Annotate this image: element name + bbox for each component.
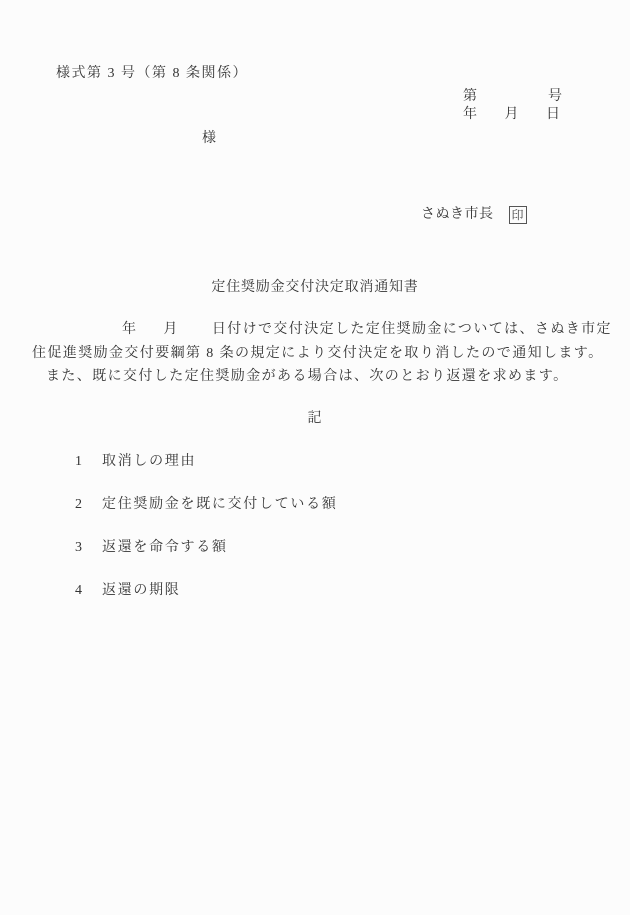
form-id: 様式第 3 号（第 8 条関係）: [56, 66, 248, 82]
list-item-number: 3: [75, 540, 102, 556]
doc-number-suffix: 号: [548, 89, 562, 105]
list-item-label: 定住奨励金を既に交付している額: [102, 497, 338, 513]
list-item: 3 返還を命令する額: [75, 540, 228, 556]
body-paragraph-line-2: 住促進奨励金交付要綱第 8 条の規定により交付決定を取り消したので通知します。: [32, 346, 603, 362]
doc-number-prefix: 第: [463, 89, 477, 105]
body-line1-text: 日付けで交付決定した定住奨励金については、さぬき市定: [212, 322, 612, 337]
section-marker: 記: [0, 411, 630, 427]
date-year-label: 年: [463, 107, 477, 123]
date-day-label: 日: [546, 107, 560, 123]
list-item: 2 定住奨励金を既に交付している額: [75, 497, 338, 513]
body-month-label: 月: [163, 322, 178, 337]
issuer-line: さぬき市長 印: [421, 206, 527, 224]
issuer-name: さぬき市長: [421, 207, 494, 223]
list-item: 1 取消しの理由: [75, 454, 196, 470]
list-item-number: 4: [75, 583, 102, 599]
list-item-number: 2: [75, 497, 102, 513]
body-paragraph-line-3: また、既に交付した定住奨励金がある場合は、次のとおり返還を求めます。: [46, 369, 568, 385]
body-year-label: 年: [122, 322, 137, 337]
date-month-label: 月: [505, 107, 519, 123]
document-page: { "page": { "background_color": "#fcfcfc…: [0, 0, 630, 915]
date-line: 年 月 日: [463, 107, 560, 123]
list-item: 4 返還の期限: [75, 583, 181, 599]
addressee-honorific: 様: [202, 131, 218, 147]
list-item-label: 取消しの理由: [102, 454, 196, 470]
doc-number-line: 第 号: [463, 89, 562, 105]
body-paragraph-line-1: 年月日付けで交付決定した定住奨励金については、さぬき市定: [122, 322, 612, 338]
list-item-number: 1: [75, 454, 102, 470]
document-title: 定住奨励金交付決定取消通知書: [0, 280, 630, 296]
list-item-label: 返還の期限: [102, 583, 181, 599]
seal-stamp-placeholder-icon: 印: [509, 206, 527, 224]
list-item-label: 返還を命令する額: [102, 540, 228, 556]
